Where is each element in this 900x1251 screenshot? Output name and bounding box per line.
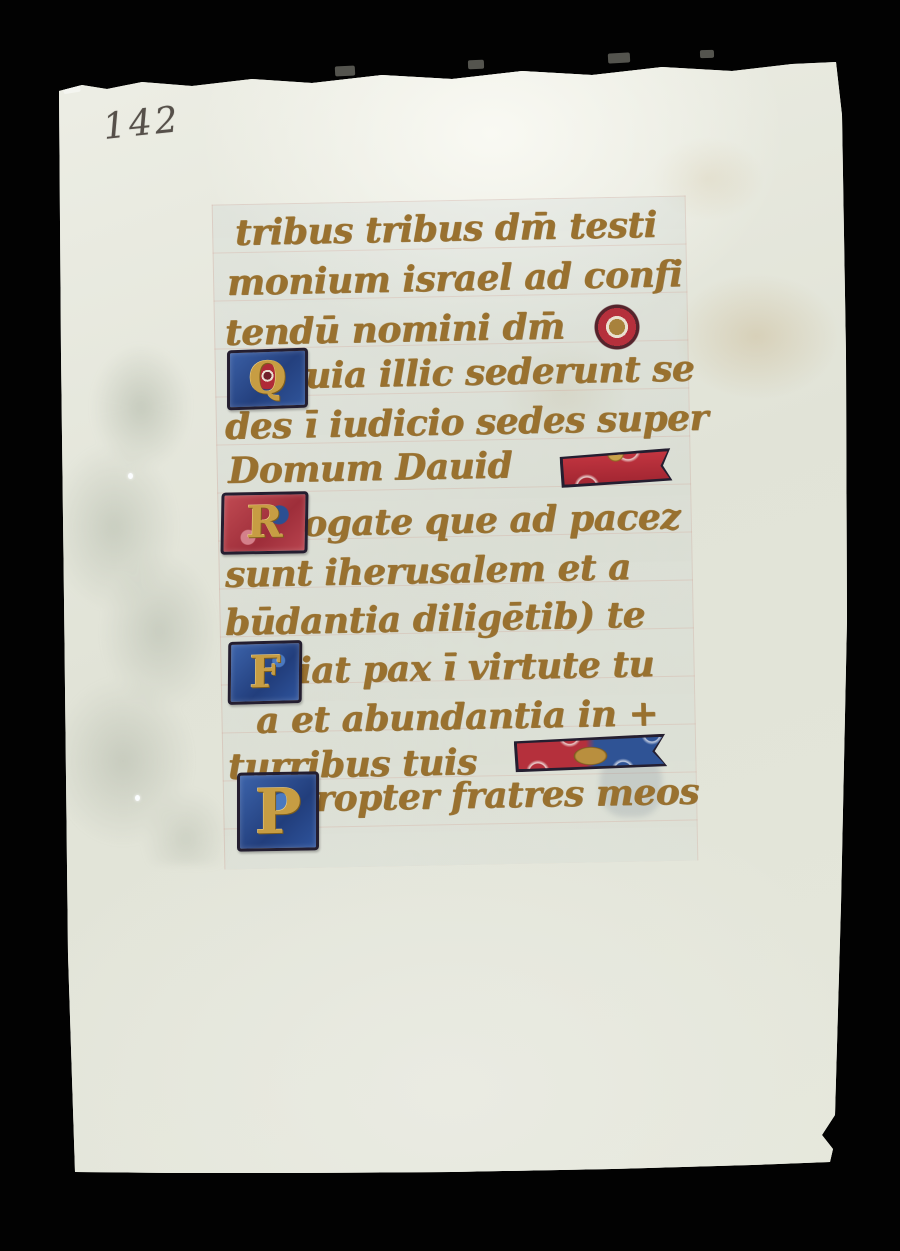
illuminated-initial-q: Q: [227, 348, 308, 411]
torn-edge-fragment: [468, 60, 484, 70]
text-line-9: būdantia diligētib) te: [225, 594, 646, 644]
illuminated-initial-p: P: [237, 771, 319, 851]
initial-letter: R: [246, 501, 283, 546]
torn-edge-fragment: [335, 65, 355, 76]
photo-backdrop: 142 tribus tribus dm̄ testi monium israe…: [0, 0, 900, 1251]
text-line-1: tribus tribus dm̄ testi: [235, 204, 657, 254]
torn-edge-fragment: [700, 50, 714, 58]
text-line-11: a et abundantia in +: [256, 692, 659, 742]
red-blue-bar-fill: [517, 737, 665, 770]
pinhole: [135, 795, 140, 801]
parchment-stain-left-margin: [60, 345, 240, 865]
folio-number: 142: [101, 99, 183, 148]
text-line-4: uia illic sederunt se: [305, 348, 695, 397]
text-line-7: ogate que ad pacez: [303, 496, 681, 545]
pinhole: [128, 473, 133, 479]
manuscript-leaf: 142 tribus tribus dm̄ testi monium israe…: [52, 55, 852, 1180]
text-line-3: tendū nomini dm̄: [225, 305, 565, 354]
red-bar-fill: [563, 451, 670, 485]
illuminated-initial-r: R: [220, 491, 308, 555]
corner-tear: [60, 68, 81, 94]
torn-edge-fragment: [608, 52, 630, 63]
gold-roundel-line-filler-icon: [593, 303, 641, 351]
text-line-13: ropter fratres meos: [315, 771, 700, 820]
initial-letter: P: [255, 780, 302, 843]
initial-letter: F: [249, 650, 281, 695]
text-line-6: Domum Dauid: [228, 445, 513, 492]
text-line-2: monium israel ad confi: [227, 253, 683, 304]
text-line-8: sunt iherusalem et a: [225, 546, 632, 596]
initial-letter: Q: [248, 356, 286, 401]
illuminated-initial-f: F: [228, 640, 303, 705]
text-line-10: iat pax ī virtute tu: [298, 643, 655, 692]
